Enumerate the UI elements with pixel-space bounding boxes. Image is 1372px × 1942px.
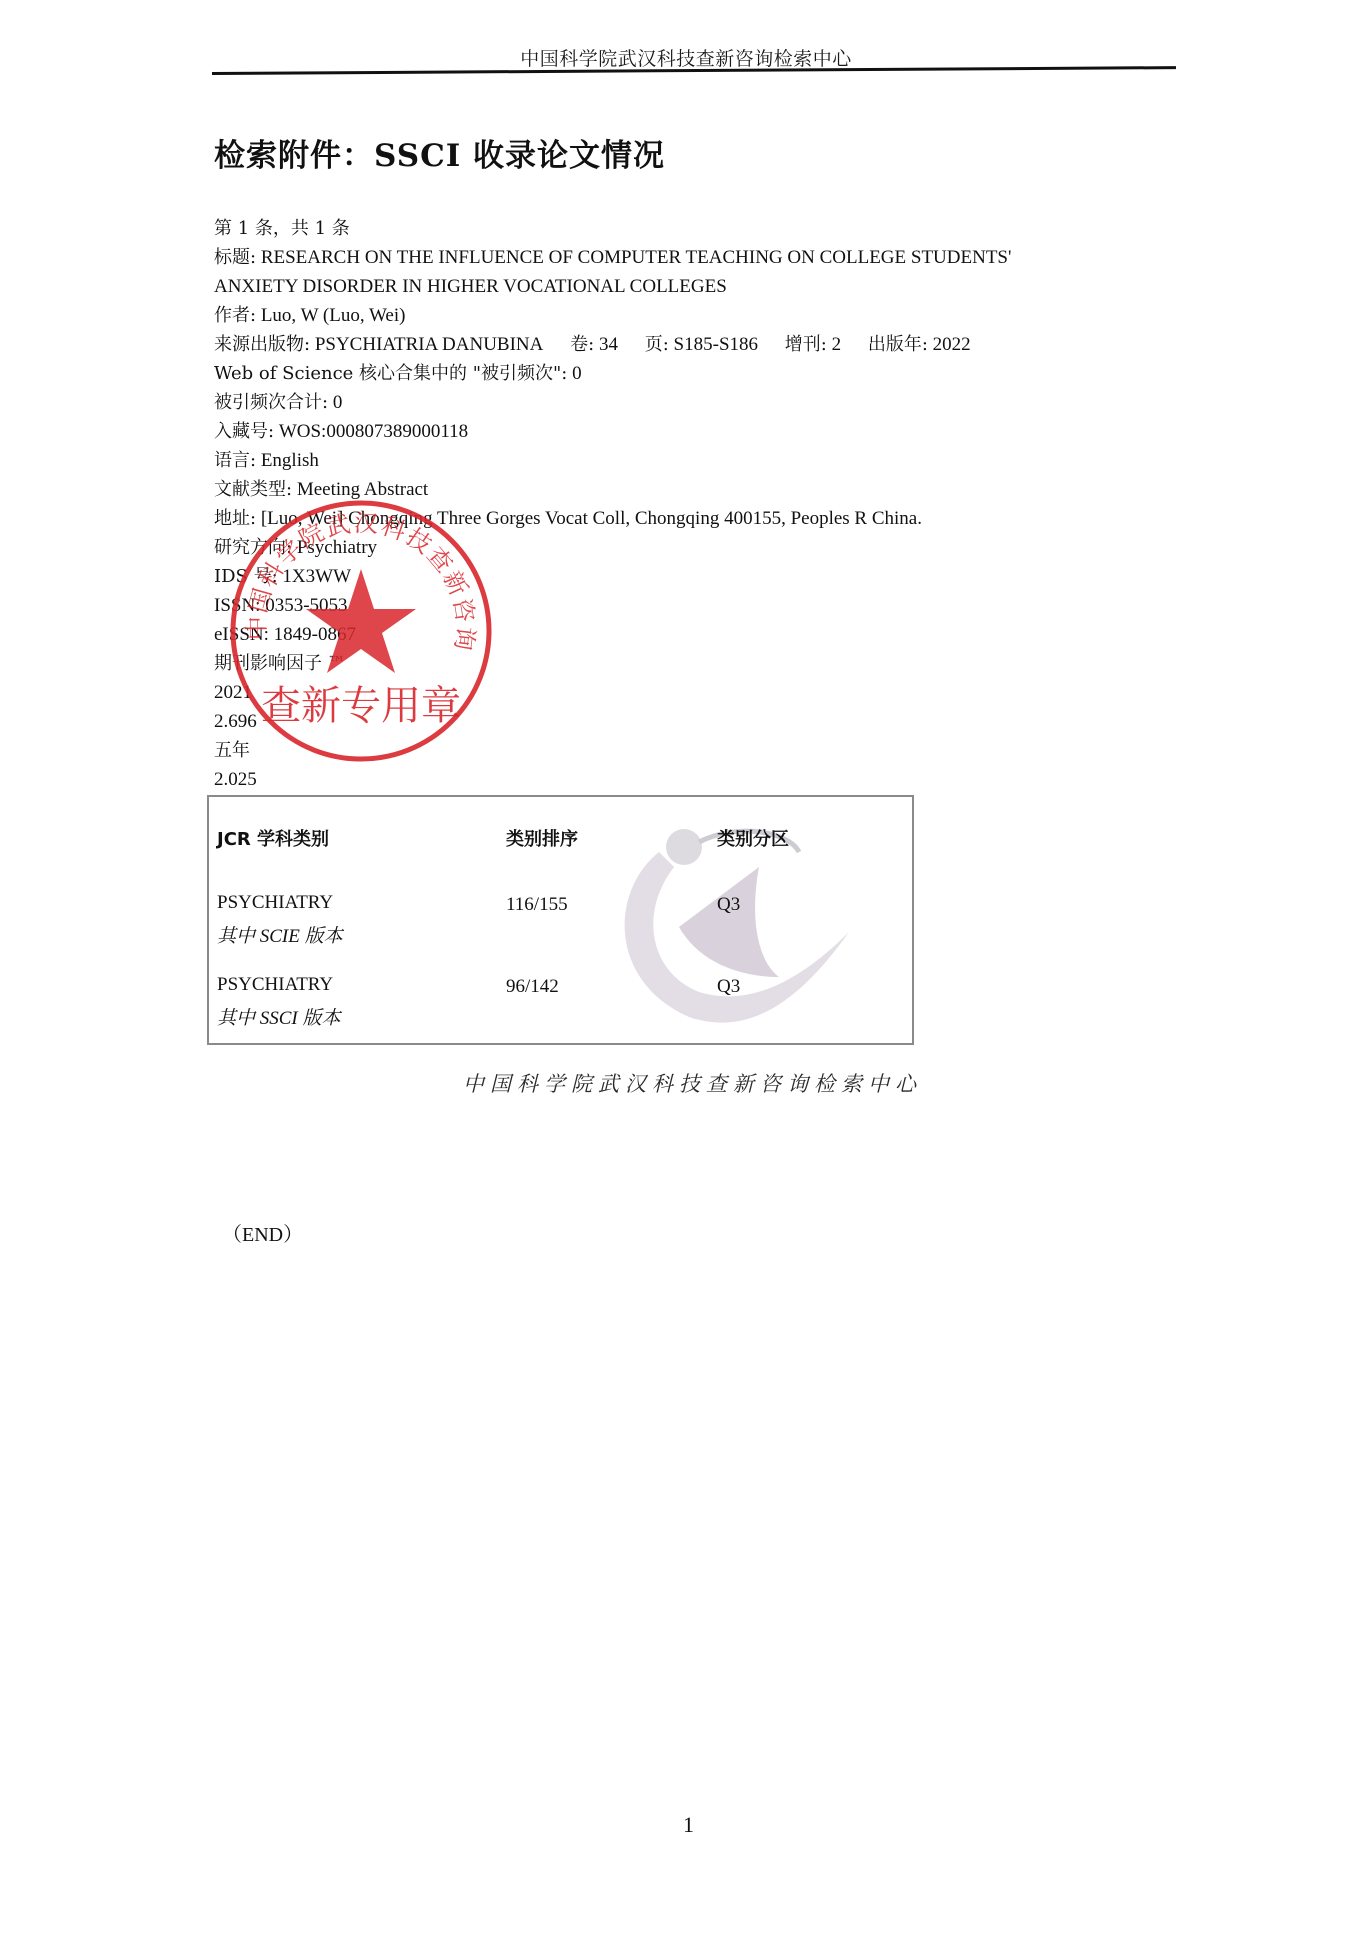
record-ids: IDS 号: 1X3WW bbox=[214, 562, 1114, 591]
document-heading: 检索附件：SSCI 收录论文情况 bbox=[214, 130, 665, 175]
impact-factor-year: 2021 bbox=[214, 678, 1114, 707]
record-doctype: 文献类型: Meeting Abstract bbox=[214, 475, 1114, 504]
record-research-area: 研究方向: Psychiatry bbox=[214, 533, 1114, 562]
jcr-header-rank: 类别排序 bbox=[506, 825, 578, 851]
jcr-row-category: PSYCHIATRY bbox=[217, 892, 333, 914]
jcr-row-rank: 116/155 bbox=[506, 894, 568, 916]
jcr-row-category: PSYCHIATRY bbox=[217, 974, 333, 996]
jcr-row-quartile: Q3 bbox=[717, 894, 740, 916]
jcr-header-category: JCR 学科类别 bbox=[217, 825, 329, 851]
jcr-row-edition: 其中 SSCI 版本 bbox=[217, 1003, 341, 1030]
five-year-if-label: 五年 bbox=[214, 736, 1114, 765]
record-total-cited: 被引频次合计: 0 bbox=[214, 388, 1114, 417]
handwritten-signature: 中国科学院武汉科技查新咨询检索中心 bbox=[463, 1068, 922, 1098]
record-accession: 入藏号: WOS:000807389000118 bbox=[214, 417, 1114, 446]
jcr-row-rank: 96/142 bbox=[506, 976, 559, 998]
record-count: 第 1 条，共 1 条 bbox=[214, 214, 1114, 243]
impact-factor-value: 2.696 bbox=[214, 707, 1114, 736]
document-page: 中国科学院武汉科技查新咨询检索中心 检索附件：SSCI 收录论文情况 第 1 条… bbox=[0, 0, 1372, 1942]
jcr-header-quartile: 类别分区 bbox=[717, 825, 789, 851]
record-title-line1: 标题: RESEARCH ON THE INFLUENCE OF COMPUTE… bbox=[214, 243, 1114, 272]
jcr-row-edition: 其中 SCIE 版本 bbox=[217, 921, 343, 948]
record-issn: ISSN: 0353-5053 bbox=[214, 591, 1114, 620]
record-details: 第 1 条，共 1 条 标题: RESEARCH ON THE INFLUENC… bbox=[214, 214, 1114, 794]
five-year-if-value: 2.025 bbox=[214, 765, 1114, 794]
record-address: 地址: [Luo, Wei] Chongqing Three Gorges Vo… bbox=[214, 504, 1114, 533]
record-source: 来源出版物: PSYCHIATRIA DANUBINA 卷: 34 页: S18… bbox=[214, 330, 1114, 359]
record-wos-cited: Web of Science 核心合集中的 "被引频次": 0 bbox=[214, 359, 1114, 388]
page-number: 1 bbox=[683, 1812, 694, 1838]
jcr-row-quartile: Q3 bbox=[717, 976, 740, 998]
record-author: 作者: Luo, W (Luo, Wei) bbox=[214, 301, 1114, 330]
record-eissn: eISSN: 1849-0867 bbox=[214, 620, 1114, 649]
jcr-category-table: JCR 学科类别 类别排序 类别分区 PSYCHIATRY 其中 SCIE 版本… bbox=[207, 795, 914, 1045]
impact-factor-label: 期刊影响因子 ™ bbox=[214, 649, 1114, 678]
record-title-line2: ANXIETY DISORDER IN HIGHER VOCATIONAL CO… bbox=[214, 272, 1114, 301]
record-language: 语言: English bbox=[214, 446, 1114, 475]
end-marker: （END） bbox=[222, 1218, 303, 1247]
